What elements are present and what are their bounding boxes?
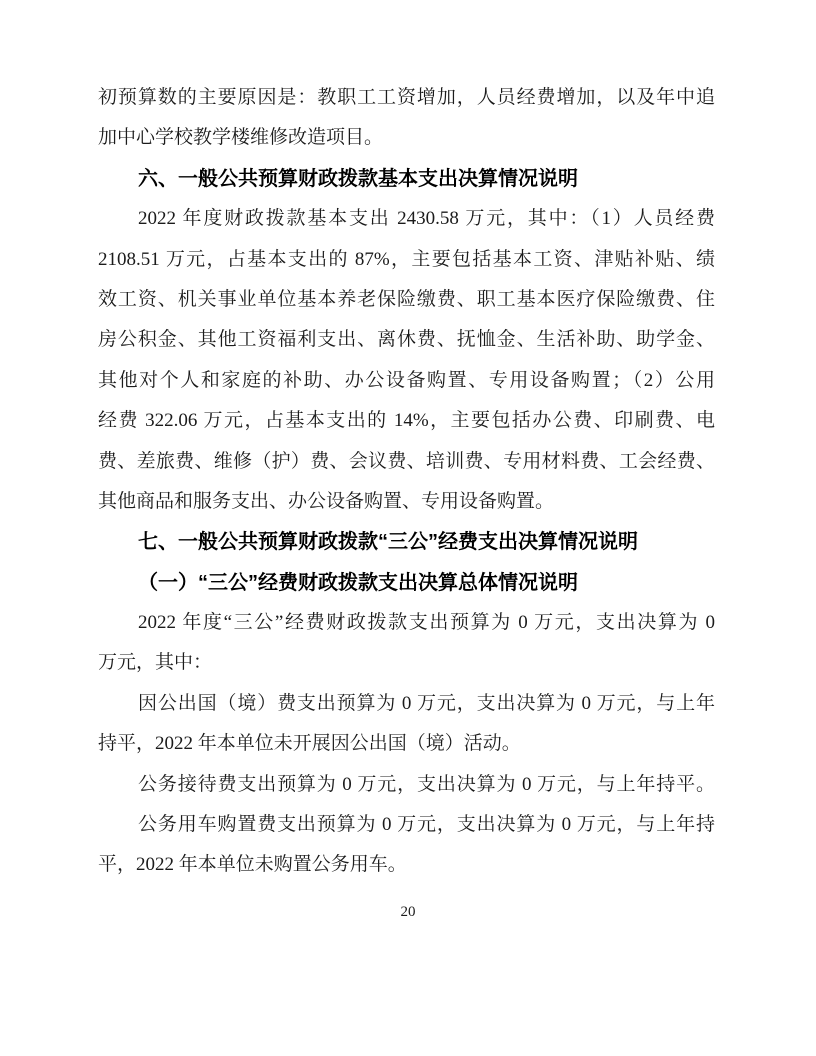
body-line: 公务用车购置费支出预算为 0 万元，支出决算为 0 万元，与上年持: [98, 805, 715, 845]
body-line: 费、差旅费、维修（护）费、会议费、培训费、专用材料费、工会经费、: [98, 442, 715, 482]
body-line: 公务接待费支出预算为 0 万元，支出决算为 0 万元，与上年持平。: [98, 765, 715, 805]
body-line: 2022 年度财政拨款基本支出 2430.58 万元，其中：（1）人员经费: [98, 199, 715, 239]
body-line: 效工资、机关事业单位基本养老保险缴费、职工基本医疗保险缴费、住: [98, 280, 715, 320]
section-heading-7: 七、一般公共预算财政拨款“三公”经费支出决算情况说明: [98, 522, 715, 562]
body-line: 房公积金、其他工资福利支出、离休费、抚恤金、生活补助、助学金、: [98, 320, 715, 360]
document-page: 初预算数的主要原因是：教职工工资增加，人员经费增加，以及年中追 加中心学校教学楼…: [0, 0, 816, 1056]
body-line: 加中心学校教学楼维修改造项目。: [98, 118, 715, 158]
body-line: 因公出国（境）费支出预算为 0 万元，支出决算为 0 万元，与上年: [98, 684, 715, 724]
body-line: 平，2022 年本单位未购置公务用车。: [98, 845, 715, 885]
body-line: 其他对个人和家庭的补助、办公设备购置、专用设备购置；（2）公用: [98, 361, 715, 401]
body-line: 初预算数的主要原因是：教职工工资增加，人员经费增加，以及年中追: [98, 78, 715, 118]
subsection-heading-7-1: （一）“三公”经费财政拨款支出决算总体情况说明: [98, 563, 715, 603]
body-line: 持平，2022 年本单位未开展因公出国（境）活动。: [98, 724, 715, 764]
body-line: 其他商品和服务支出、办公设备购置、专用设备购置。: [98, 482, 715, 522]
document-text-block: 初预算数的主要原因是：教职工工资增加，人员经费增加，以及年中追 加中心学校教学楼…: [98, 78, 715, 886]
page-footer: 20: [0, 903, 816, 921]
body-line: 2022 年度“三公”经费财政拨款支出预算为 0 万元，支出决算为 0: [98, 603, 715, 643]
body-line: 万元，其中：: [98, 643, 715, 683]
body-line: 经费 322.06 万元，占基本支出的 14%，主要包括办公费、印刷费、电: [98, 401, 715, 441]
section-heading-6: 六、一般公共预算财政拨款基本支出决算情况说明: [98, 159, 715, 199]
body-line: 2108.51 万元，占基本支出的 87%，主要包括基本工资、津贴补贴、绩: [98, 240, 715, 280]
page-number: 20: [401, 904, 416, 920]
